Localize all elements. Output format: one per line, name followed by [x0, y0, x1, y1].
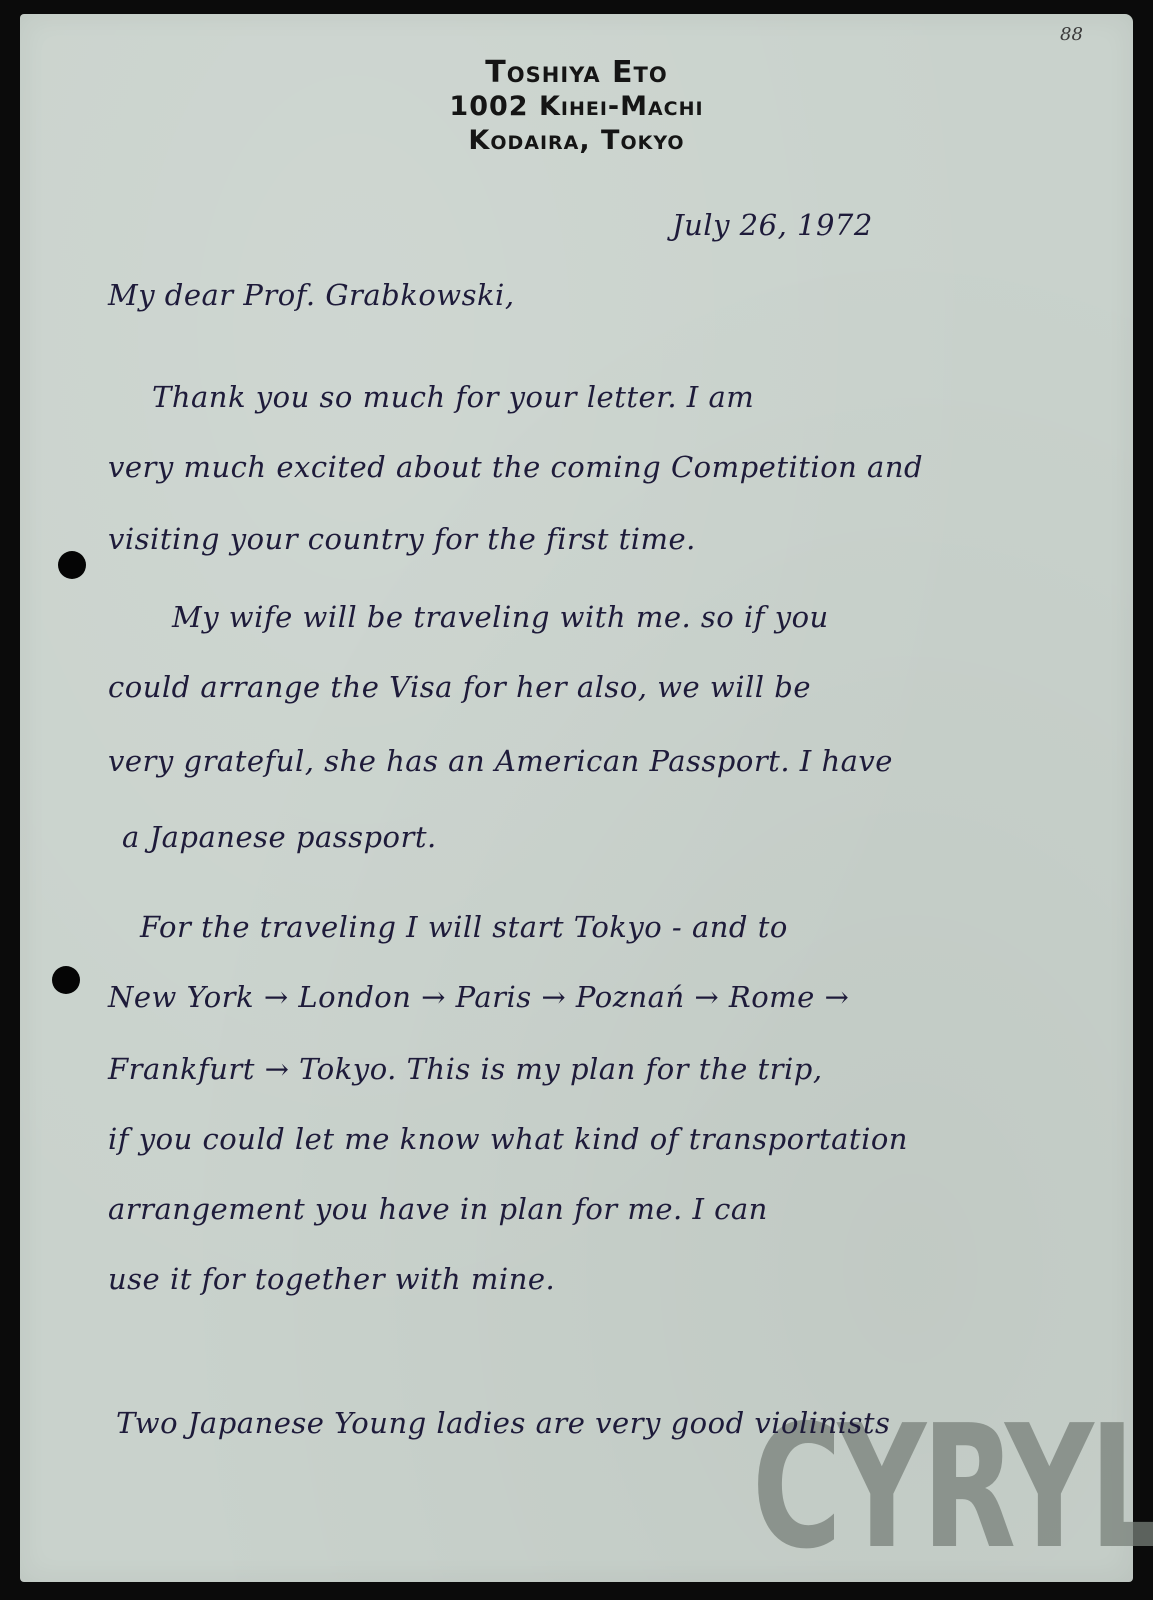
body-line: Frankfurt → Tokyo. This is my plan for t…	[108, 1052, 823, 1086]
letterhead-address-2: Kodaira, Tokyo	[0, 124, 1153, 158]
body-line: Two Japanese Young ladies are very good …	[116, 1406, 890, 1440]
letter-page	[20, 14, 1133, 1582]
body-line: visiting your country for the first time…	[108, 522, 696, 556]
body-line: Thank you so much for your letter. I am	[152, 380, 754, 414]
body-line: New York → London → Paris → Poznań → Rom…	[108, 980, 849, 1014]
body-line: a Japanese passport.	[122, 820, 437, 854]
punch-hole-icon	[58, 551, 86, 579]
letter-date: July 26, 1972	[672, 208, 873, 242]
body-line: use it for together with mine.	[108, 1262, 555, 1296]
letterhead: Toshiya Eto 1002 Kihei-Machi Kodaira, To…	[0, 56, 1153, 158]
folio-number: 88	[1060, 24, 1083, 45]
punch-hole-icon	[52, 966, 80, 994]
body-line: My wife will be traveling with me. so if…	[172, 600, 829, 634]
salutation: My dear Prof. Grabkowski,	[108, 278, 515, 312]
body-line: arrangement you have in plan for me. I c…	[108, 1192, 768, 1226]
body-line: could arrange the Visa for her also, we …	[108, 670, 811, 704]
letterhead-address-1: 1002 Kihei-Machi	[0, 90, 1153, 124]
body-line: very much excited about the coming Compe…	[108, 450, 923, 484]
body-line: if you could let me know what kind of tr…	[108, 1122, 908, 1156]
body-line: very grateful, she has an American Passp…	[108, 744, 893, 778]
body-line: For the traveling I will start Tokyo - a…	[140, 910, 788, 944]
letterhead-name: Toshiya Eto	[0, 56, 1153, 90]
